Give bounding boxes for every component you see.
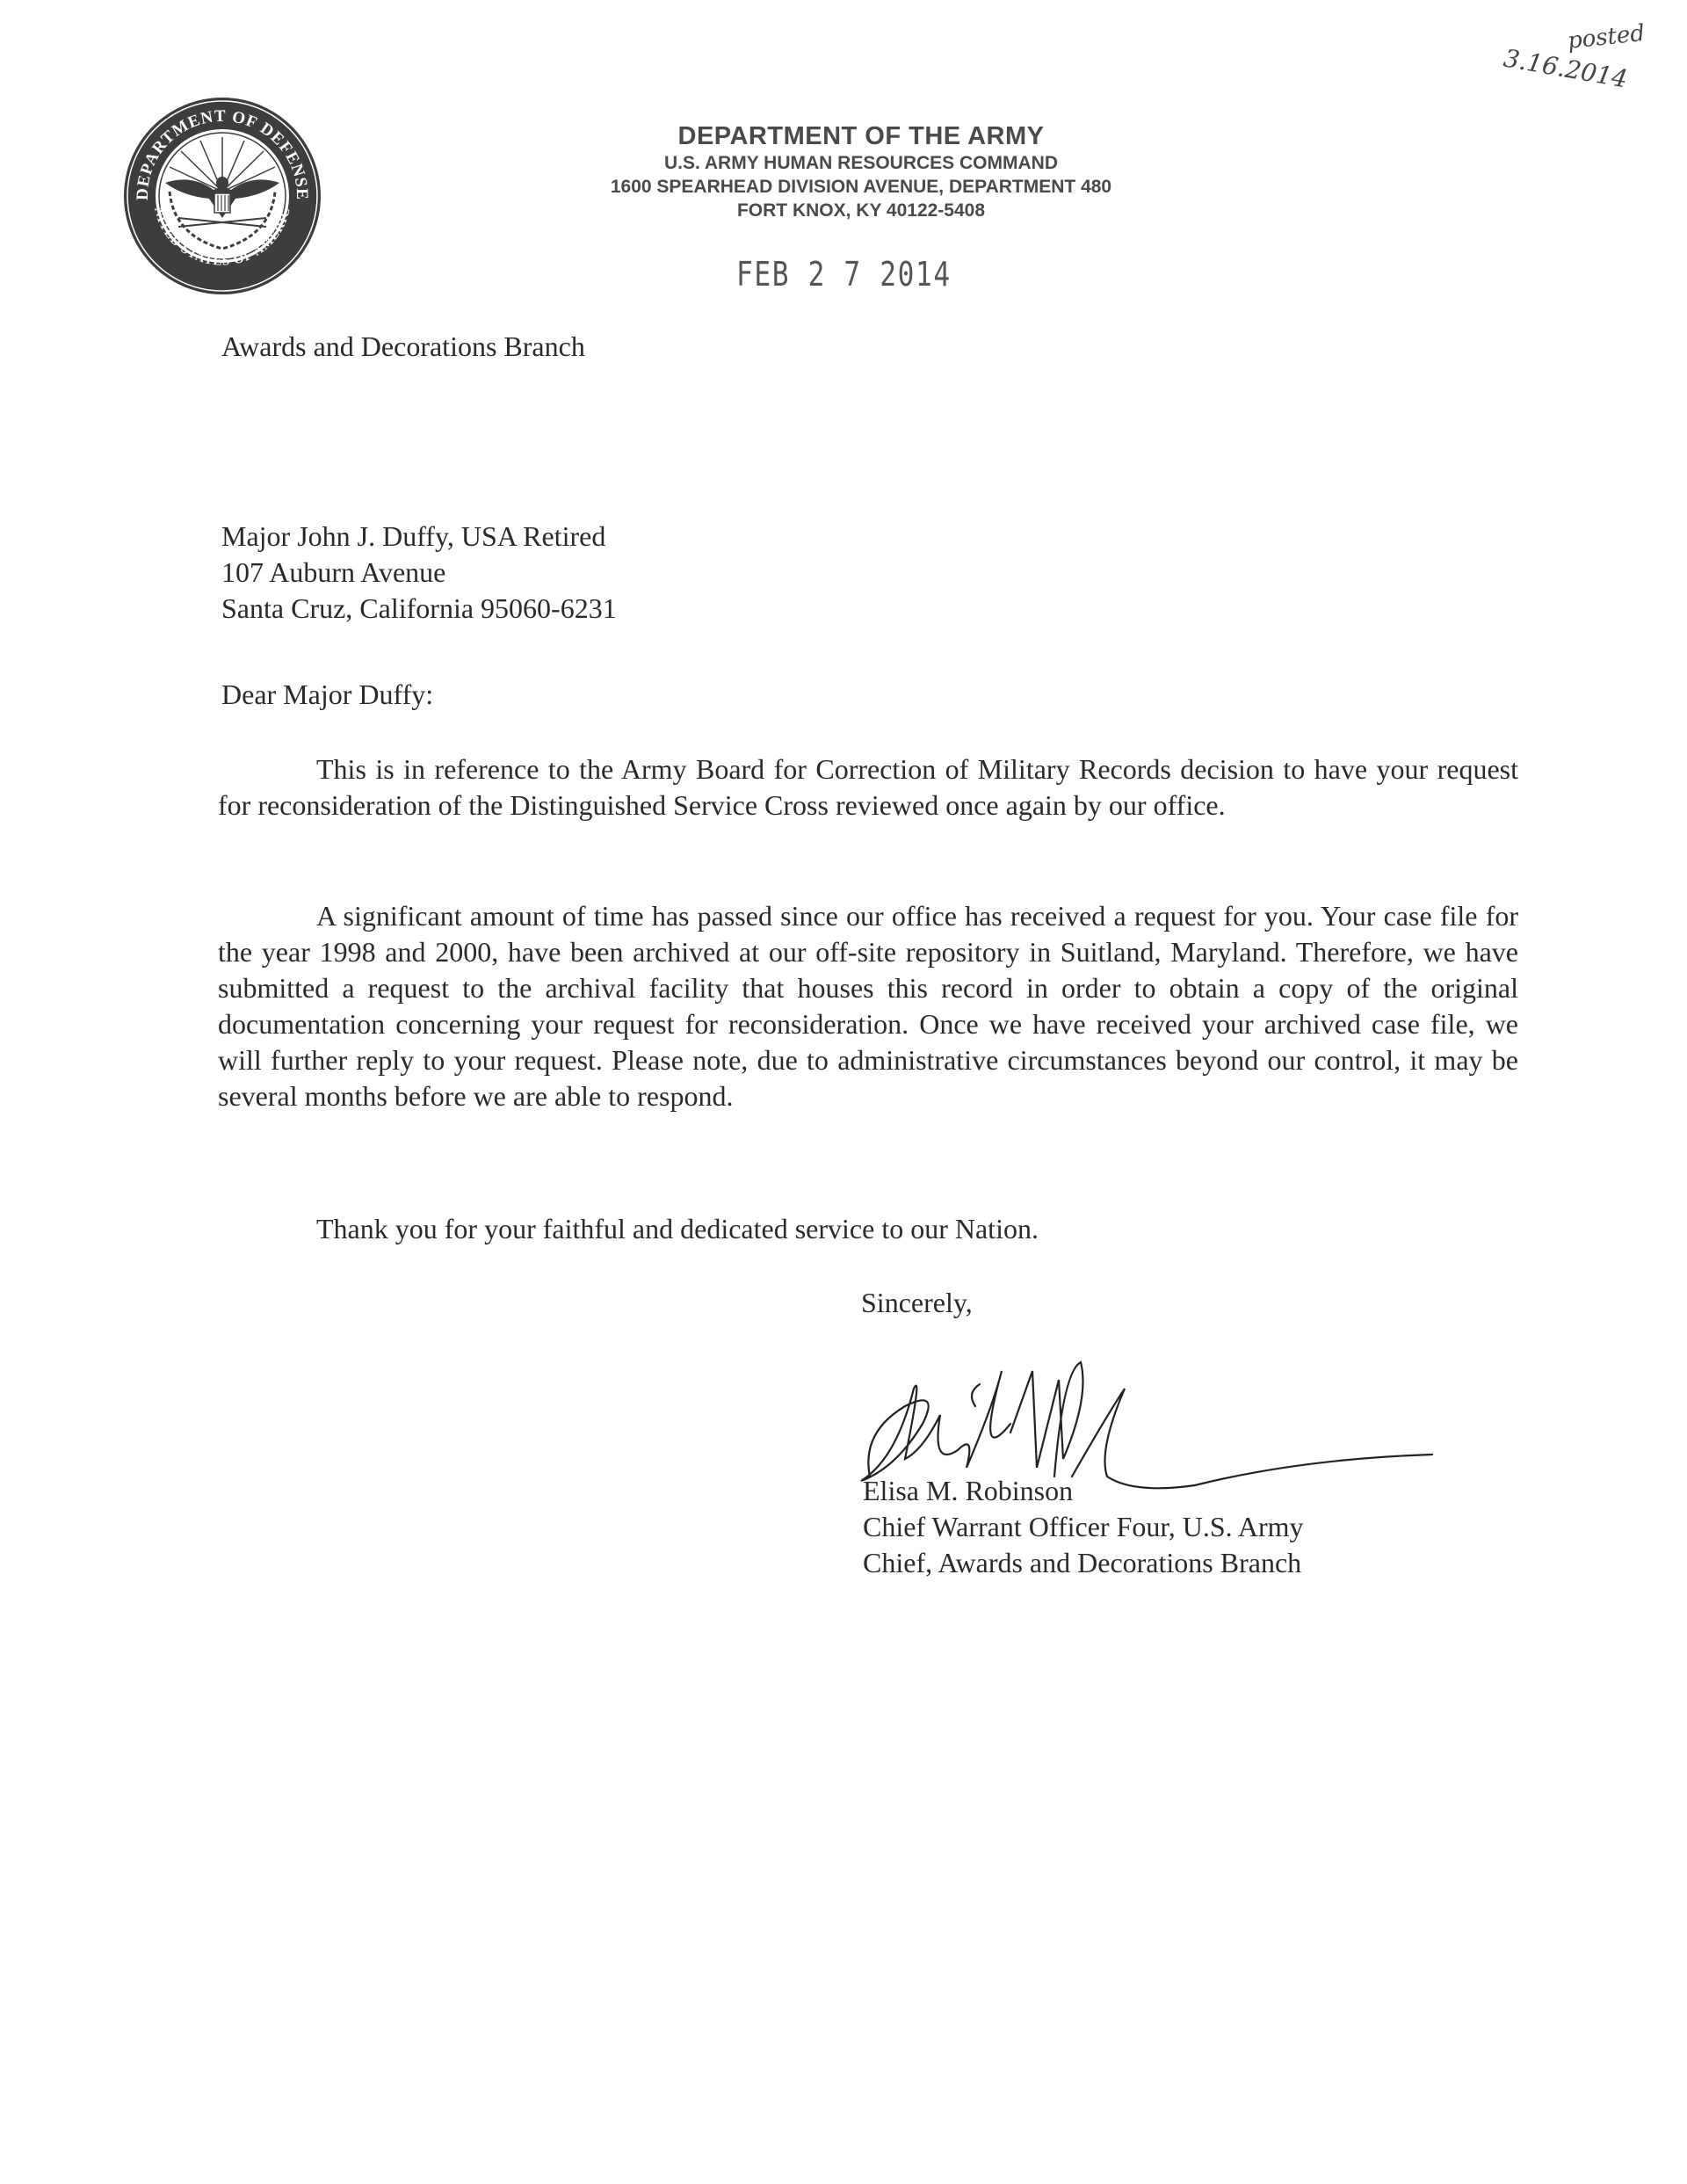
paragraph-text: This is in reference to the Army Board f… [218,753,1518,821]
recipient-city: Santa Cruz, California 95060-6231 [221,591,617,627]
salutation: Dear Major Duffy: [221,677,433,713]
date-stamp: FEB 2 7 2014 [736,255,952,294]
recipient-street: 107 Auburn Avenue [221,555,617,591]
svg-text:3.16.2014: 3.16.2014 [1502,43,1630,93]
signer-title: Chief Warrant Officer Four, U.S. Army [863,1509,1304,1545]
body-paragraph: This is in reference to the Army Board f… [218,751,1518,824]
signer-position: Chief, Awards and Decorations Branch [863,1545,1304,1581]
letterhead-line: FORT KNOX, KY 40122-5408 [492,199,1230,222]
paragraph-text: A significant amount of time has passed … [218,900,1518,1112]
signer-name: Elisa M. Robinson [863,1473,1304,1509]
svg-text:posted: posted [1567,20,1647,54]
body-paragraph: A significant amount of time has passed … [218,898,1518,1114]
handwritten-posted-note: 3.16.2014 posted [1476,18,1687,114]
letterhead: DEPARTMENT OF THE ARMY U.S. ARMY HUMAN R… [492,121,1230,222]
recipient-address: Major John J. Duffy, USA Retired 107 Aub… [221,519,617,627]
letterhead-line: 1600 SPEARHEAD DIVISION AVENUE, DEPARTME… [492,175,1230,199]
office-name: Awards and Decorations Branch [221,329,585,365]
department-of-defense-seal-icon: DEPARTMENT OF DEFENSE UNITED STATES OF A… [121,95,323,297]
letterhead-line: U.S. ARMY HUMAN RESOURCES COMMAND [492,151,1230,175]
signature-block: Elisa M. Robinson Chief Warrant Officer … [863,1473,1304,1581]
letterhead-title: DEPARTMENT OF THE ARMY [492,121,1230,151]
recipient-name: Major John J. Duffy, USA Retired [221,519,617,555]
body-paragraph: Thank you for your faithful and dedicate… [316,1211,1039,1247]
closing: Sincerely, [861,1285,973,1321]
